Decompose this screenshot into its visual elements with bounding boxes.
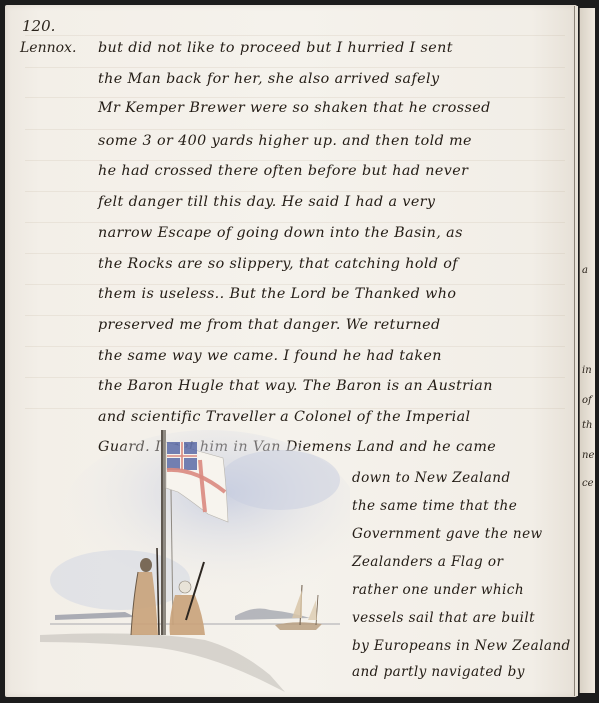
text-line: the Rocks are so slippery, that catching… <box>98 256 538 272</box>
ruled-line <box>25 97 565 98</box>
ruled-line <box>25 222 565 223</box>
margin-note: Lennox. <box>20 40 76 56</box>
ruled-line <box>25 67 565 68</box>
ruled-line <box>25 346 565 347</box>
text-line: the same way we came. I found he had tak… <box>98 348 538 364</box>
side-text-line: rather one under which <box>352 582 542 598</box>
side-text-line: by Europeans in New Zealand <box>352 638 542 654</box>
ruled-line <box>25 160 565 161</box>
text-line: narrow Escape of going down into the Bas… <box>98 225 538 241</box>
ruled-line <box>25 253 565 254</box>
ruled-line <box>25 129 565 130</box>
text-line: Mr Kemper Brewer were so shaken that he … <box>98 100 538 116</box>
next-page-margin-text: th <box>582 420 592 431</box>
next-page-margin-text: of <box>582 395 592 406</box>
side-text-line: Zealanders a Flag or <box>352 554 542 570</box>
ruled-line <box>25 191 565 192</box>
next-page-margin-text: in <box>582 365 592 376</box>
next-page-margin-text: ne <box>582 450 594 461</box>
page-edge <box>574 6 578 696</box>
text-line: them is useless.. But the Lord be Thanke… <box>98 286 538 302</box>
text-line: but did not like to proceed but I hurrie… <box>98 40 538 56</box>
side-text-line: down to New Zealand <box>352 470 542 486</box>
text-line: preserved me from that danger. We return… <box>98 317 538 333</box>
text-line: the Baron Hugle that way. The Baron is a… <box>98 378 538 394</box>
text-line: some 3 or 400 yards higher up. and then … <box>98 133 538 149</box>
ruled-line <box>25 284 565 285</box>
next-page-margin-text: a <box>582 265 588 276</box>
text-line: felt danger till this day. He said I had… <box>98 194 538 210</box>
side-text-line: the same time that the <box>352 498 542 514</box>
ruled-line <box>25 315 565 316</box>
side-text-line: vessels sail that are built <box>352 610 542 626</box>
side-text-line: and partly navigated by <box>352 664 542 680</box>
page-number: 120. <box>22 17 55 35</box>
text-line: the Man back for her, she also arrived s… <box>98 71 538 87</box>
next-page-margin-text: ce <box>582 478 594 489</box>
side-text-line: Government gave the new <box>352 526 542 542</box>
ruled-line <box>25 35 565 36</box>
next-page-edge <box>579 8 595 693</box>
text-line: he had crossed there often before but ha… <box>98 163 538 179</box>
watercolor-illustration <box>40 420 350 700</box>
